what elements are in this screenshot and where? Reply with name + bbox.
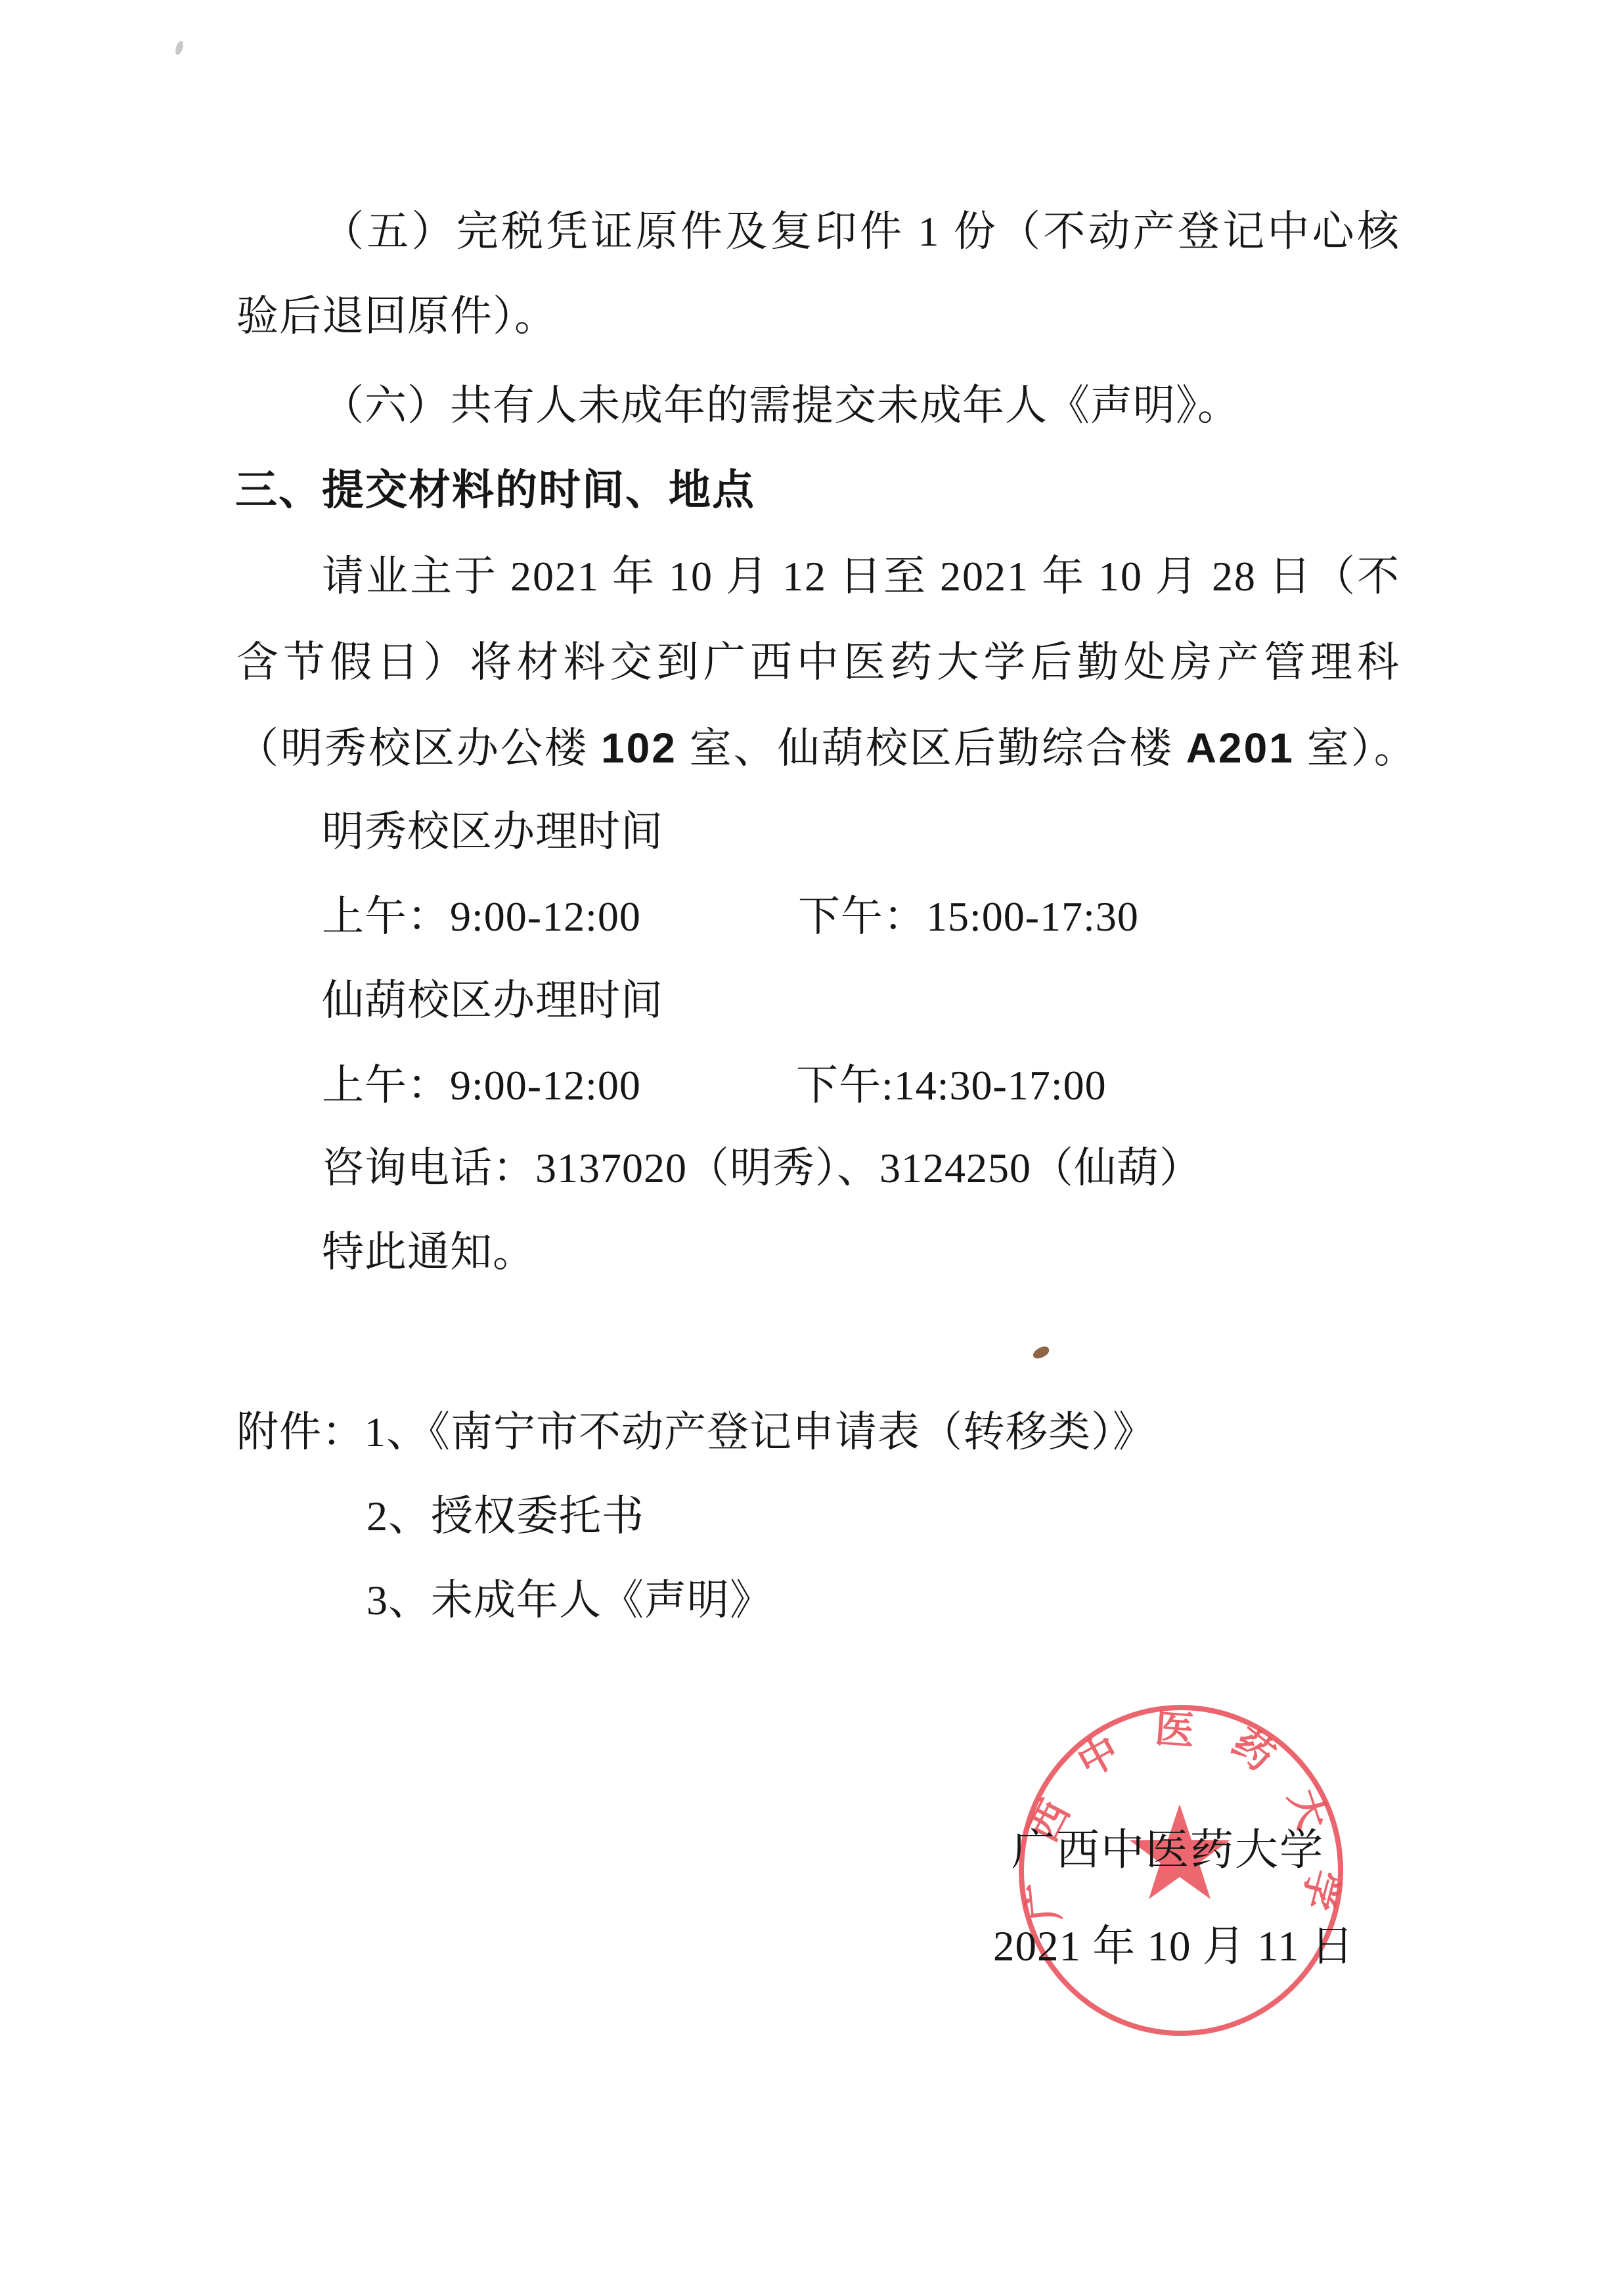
- scanned-document-page: （五）完税凭证原件及复印件 1 份（不动产登记中心核 验后退回原件）。 （六）共…: [0, 0, 1600, 2296]
- section-heading: 三、提交材料的时间、地点: [235, 460, 755, 520]
- paragraph-line1: 请业主于 2021 年 10 月 12 日至 2021 年 10 月 28 日（…: [322, 546, 1400, 607]
- mingxiu-hours-line: 上午：9:00-12:00 下午：15:00-17:30: [0, 887, 1600, 947]
- attachments-line3: 3、未成年人《声明》: [367, 1570, 772, 1631]
- xianhu-hours-line: 上午：9:00-12:00 下午:14:30-17:00: [0, 1055, 1600, 1116]
- paragraph-line3-text3: 室）。: [1295, 725, 1418, 772]
- item-five-line1: （五）完税凭证原件及复印件 1 份（不动产登记中心核: [322, 202, 1400, 262]
- paragraph-line3-text2: 室、仙葫校区后勤综合楼: [677, 725, 1186, 772]
- mingxiu-morning-hours: 上午：9:00-12:00: [322, 887, 641, 947]
- scan-speck-small: [174, 40, 185, 56]
- mingxiu-hours-title: 明秀校区办理时间: [322, 802, 663, 862]
- closing-line: 特此通知。: [322, 1222, 535, 1283]
- item-six-line: （六）共有人未成年的需提交未成年人《声明》。: [322, 376, 1240, 436]
- xianhu-hours-title: 仙葫校区办理时间: [322, 971, 663, 1031]
- attachments-line1: 附件：1、《南宁市不动产登记申请表（转移类）》: [236, 1402, 1155, 1463]
- paragraph-line3: （明秀校区办公楼 102 室、仙葫校区后勤综合楼 A201 室）。: [236, 718, 1418, 778]
- room-number-a201: A201: [1186, 724, 1295, 772]
- xianhu-afternoon-hours: 下午:14:30-17:00: [796, 1055, 1107, 1116]
- signature-date: 2021 年 10 月 11 日: [993, 1916, 1354, 1977]
- paragraph-line2: 含节假日）将材料交到广西中医药大学后勤处房产管理科: [236, 632, 1400, 693]
- room-number-102: 102: [601, 724, 677, 772]
- signature-org: 广西中医药大学: [1011, 1821, 1324, 1881]
- attachments-line2: 2、授权委托书: [367, 1486, 644, 1547]
- paragraph-line3-text1: （明秀校区办公楼: [236, 725, 601, 772]
- xianhu-morning-hours: 上午：9:00-12:00: [322, 1055, 641, 1116]
- scan-speck: [1031, 1345, 1051, 1361]
- phone-line: 咨询电话：3137020（明秀）、3124250（仙葫）: [322, 1138, 1202, 1199]
- item-five-line2: 验后退回原件）。: [236, 286, 557, 347]
- mingxiu-afternoon-hours: 下午：15:00-17:30: [798, 887, 1139, 947]
